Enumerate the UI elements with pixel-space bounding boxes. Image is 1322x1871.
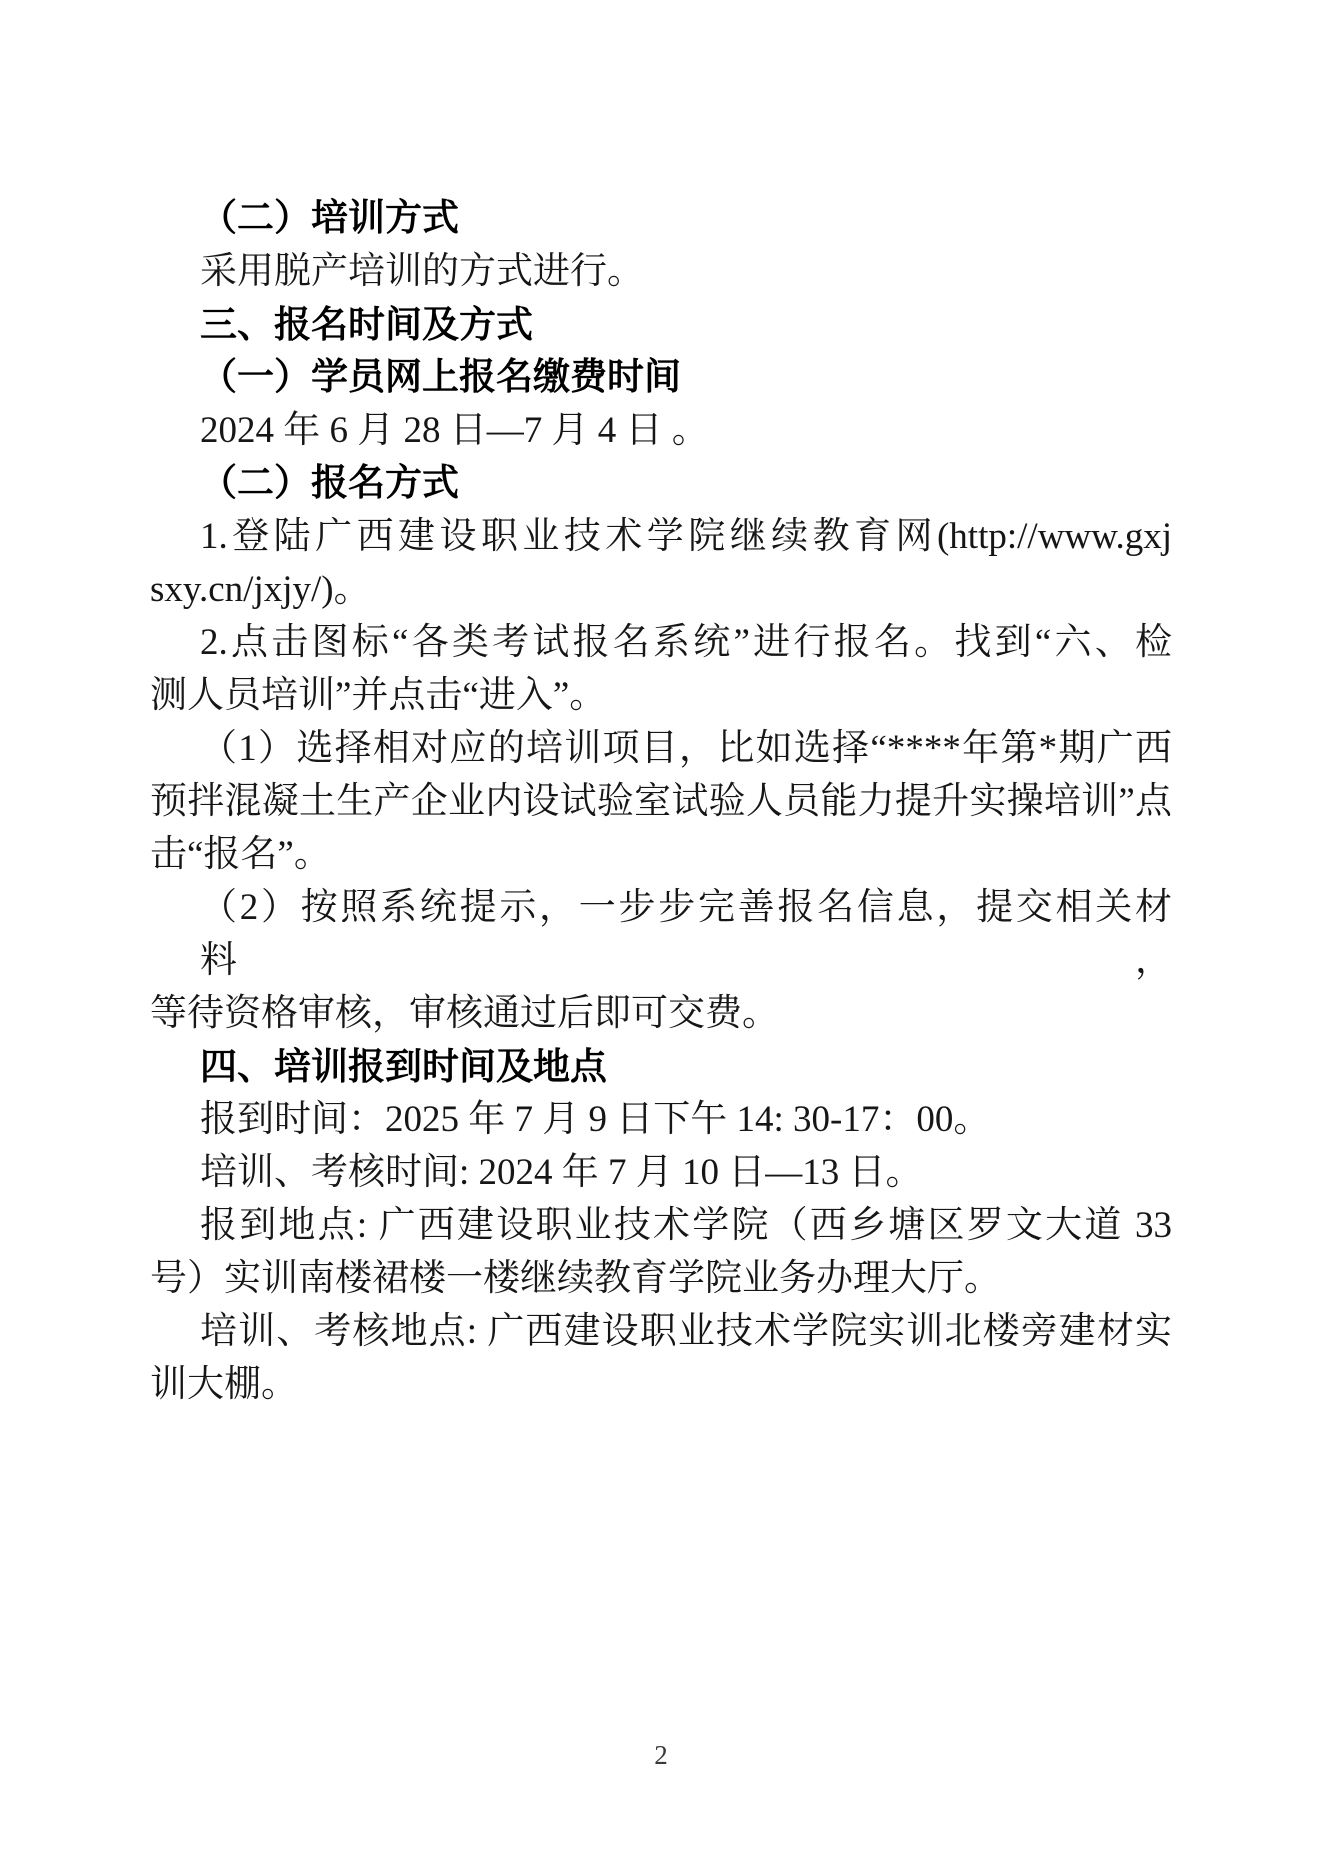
text-line-20: 号）实训南楼裙楼一楼继续教育学院业务办理大厅。: [150, 1252, 1172, 1305]
text-line-4: （一）学员网上报名缴费时间: [150, 351, 1172, 404]
text-line-19: 报到地点: 广西建设职业技术学院（西乡塘区罗文大道 33: [150, 1199, 1172, 1252]
text-line-8: sxy.cn/jxjy/)。: [150, 563, 1172, 616]
text-line-6: （二）报名方式: [150, 457, 1172, 510]
text-line-22: 训大棚。: [150, 1358, 1172, 1411]
text-line-7: 1.登陆广西建设职业技术学院继续教育网(http://www.gxj: [150, 510, 1172, 563]
text-line-14: （2）按照系统提示，一步步完善报名信息，提交相关材料，: [150, 881, 1172, 987]
text-line-12: 预拌混凝土生产企业内设试验室试验人员能力提升实操培训”点: [150, 775, 1172, 828]
page-number: 2: [0, 1740, 1322, 1771]
text-line-16: 四、培训报到时间及地点: [150, 1040, 1172, 1093]
document-page: （二）培训方式采用脱产培训的方式进行。三、报名时间及方式（一）学员网上报名缴费时…: [0, 0, 1322, 1871]
text-line-21: 培训、考核地点: 广西建设职业技术学院实训北楼旁建材实: [150, 1305, 1172, 1358]
text-line-11: （1）选择相对应的培训项目，比如选择“****年第*期广西: [150, 722, 1172, 775]
text-line-18: 培训、考核时间: 2024 年 7 月 10 日—13 日。: [150, 1146, 1172, 1199]
text-line-5: 2024 年 6 月 28 日—7 月 4 日 。: [150, 404, 1172, 457]
text-line-15: 等待资格审核，审核通过后即可交费。: [150, 987, 1172, 1040]
text-line-10: 测人员培训”并点击“进入”。: [150, 669, 1172, 722]
document-body: （二）培训方式采用脱产培训的方式进行。三、报名时间及方式（一）学员网上报名缴费时…: [150, 192, 1172, 1411]
text-line-2: 采用脱产培训的方式进行。: [150, 245, 1172, 298]
text-line-1: （二）培训方式: [150, 192, 1172, 245]
text-line-3: 三、报名时间及方式: [150, 298, 1172, 351]
text-line-9: 2.点击图标“各类考试报名系统”进行报名。找到“六、检: [150, 616, 1172, 669]
text-line-17: 报到时间：2025 年 7 月 9 日下午 14: 30-17：00。: [150, 1093, 1172, 1146]
text-line-13: 击“报名”。: [150, 828, 1172, 881]
